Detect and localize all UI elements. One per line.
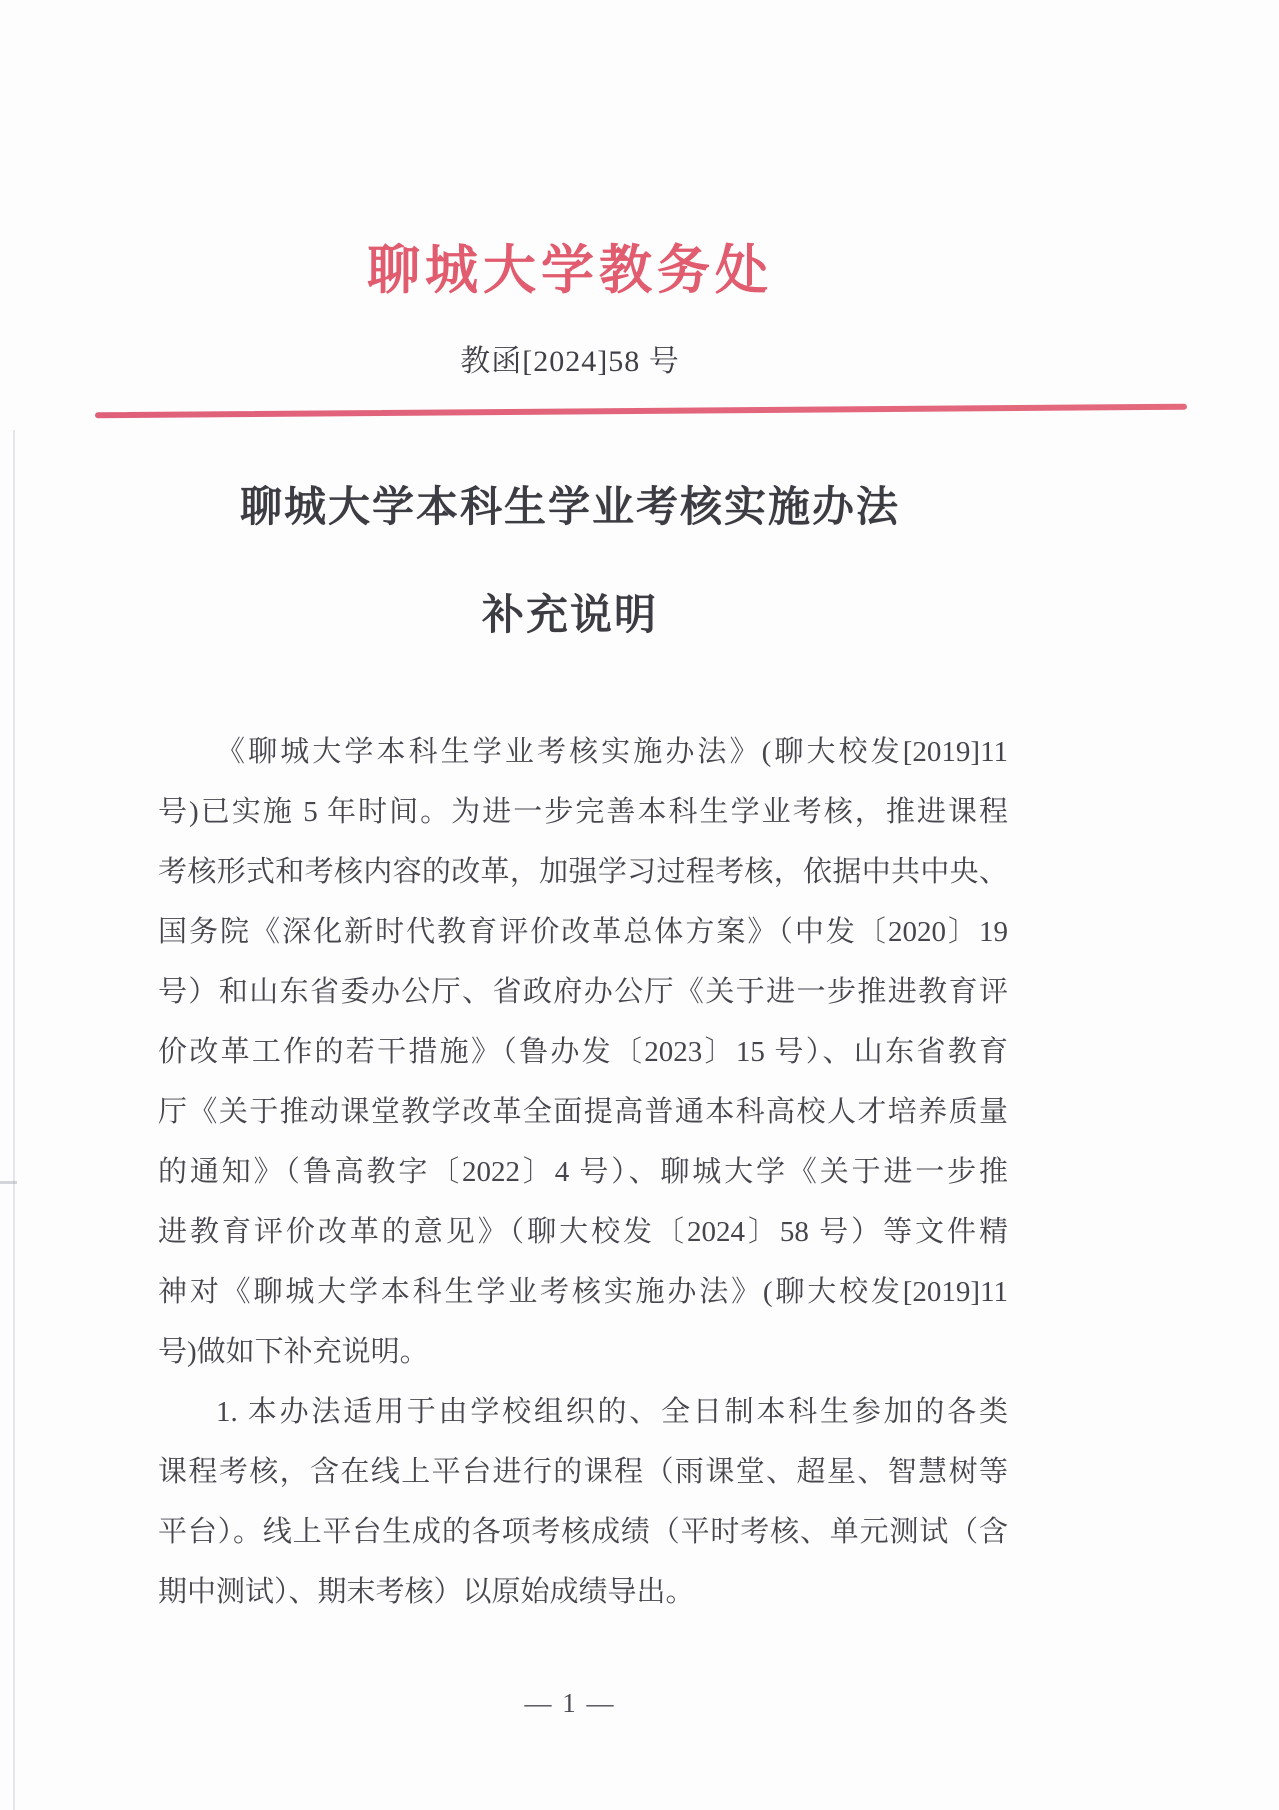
scan-artifact-tick — [0, 1181, 17, 1184]
body-line: 期中测试）、期末考核）以原始成绩导出。 — [158, 1562, 1008, 1622]
body-line: 号)做如下补充说明。 — [158, 1322, 1008, 1382]
body-line: 《聊城大学本科生学业考核实施办法》(聊大校发[2019]11 — [158, 722, 1008, 782]
body-line: 课程考核，含在线上平台进行的课程（雨课堂、超星、智慧树等 — [158, 1442, 1008, 1502]
issuer-title: 聊城大学教务处 — [60, 228, 1080, 304]
body-line: 神对《聊城大学本科生学业考核实施办法》(聊大校发[2019]11 — [158, 1262, 1008, 1322]
body-line: 考核形式和考核内容的改革，加强学习过程考核，依据中共中央、 — [158, 842, 1008, 902]
body-line: 进教育评价改革的意见》（聊大校发〔2024〕58 号）等文件精 — [158, 1202, 1008, 1262]
body-line: 号)已实施 5 年时间。为进一步完善本科生学业考核，推进课程 — [158, 782, 1008, 842]
body-line: 厅《关于推动课堂教学改革全面提高普通本科高校人才培养质量 — [158, 1082, 1008, 1142]
body-line: 的通知》（鲁高教字〔2022〕4 号）、聊城大学《关于进一步推 — [158, 1142, 1008, 1202]
body-line: 1. 本办法适用于由学校组织的、全日制本科生参加的各类 — [158, 1382, 1008, 1442]
scan-artifact-vertical-line — [13, 430, 15, 1810]
body-line: 价改革工作的若干措施》（鲁办发〔2023〕15 号）、山东省教育 — [158, 1022, 1008, 1082]
document-body: 《聊城大学本科生学业考核实施办法》(聊大校发[2019]11 号)已实施 5 年… — [158, 722, 1008, 1622]
page-number: — 1 — — [60, 1688, 1080, 1719]
body-line: 国务院《深化新时代教育评价改革总体方案》（中发〔2020〕19 — [158, 902, 1008, 962]
red-divider-rule — [95, 404, 1187, 419]
body-line: 平台）。线上平台生成的各项考核成绩（平时考核、单元测试（含 — [158, 1502, 1008, 1562]
document-page: 聊城大学教务处 教函[2024]58 号 聊城大学本科生学业考核实施办法 补充说… — [0, 0, 1279, 1810]
document-number: 教函[2024]58 号 — [60, 336, 1080, 380]
document-title-line1: 聊城大学本科生学业考核实施办法 — [60, 474, 1080, 534]
document-title-line2: 补充说明 — [60, 582, 1080, 642]
body-line: 号）和山东省委办公厅、省政府办公厅《关于进一步推进教育评 — [158, 962, 1008, 1022]
